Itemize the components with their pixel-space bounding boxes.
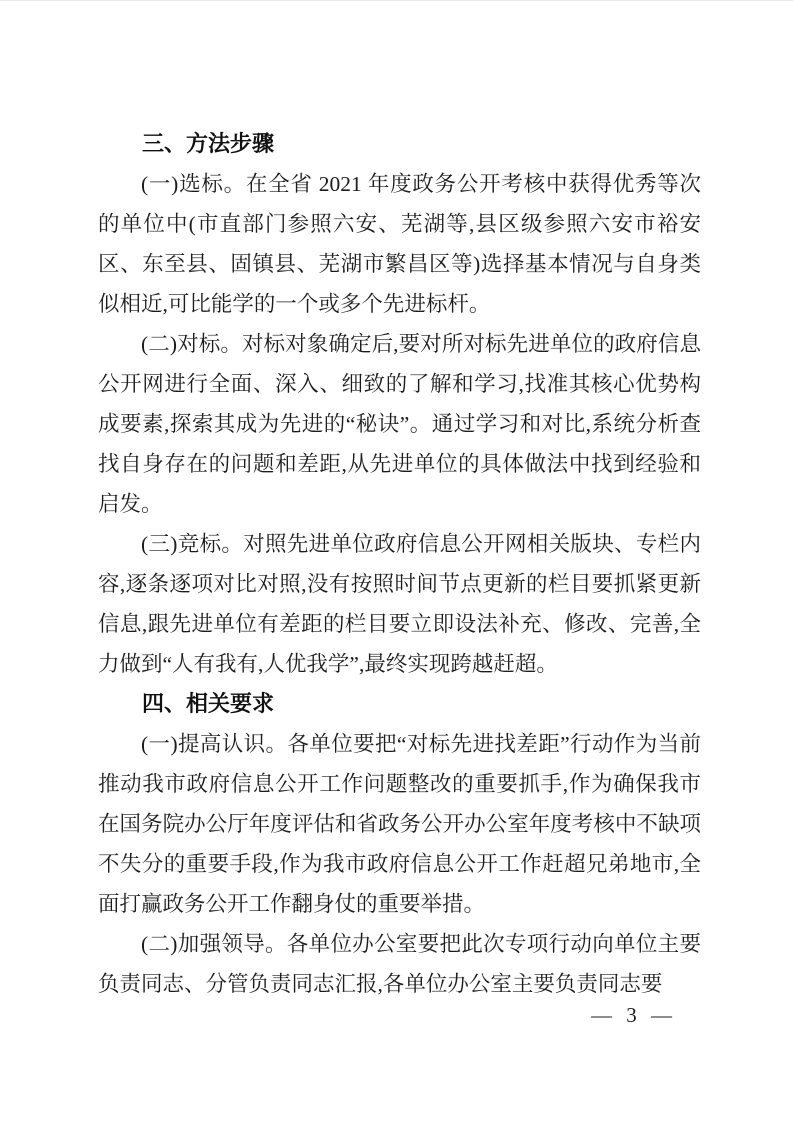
- document-body: 三、方法步骤 (一)选标。在全省 2021 年度政务公开考核中获得优秀等次的单位…: [98, 124, 701, 1004]
- document-page: 三、方法步骤 (一)选标。在全省 2021 年度政务公开考核中获得优秀等次的单位…: [0, 0, 793, 1122]
- paragraph-select-benchmark: (一)选标。在全省 2021 年度政务公开考核中获得优秀等次的单位中(市直部门参…: [98, 164, 701, 324]
- paragraph-strengthen-leadership: (二)加强领导。各单位办公室要把此次专项行动向单位主要负责同志、分管负责同志汇报…: [98, 924, 701, 1004]
- section-heading-related-requirements: 四、相关要求: [98, 684, 701, 724]
- paragraph-compete-benchmark: (三)竞标。对照先进单位政府信息公开网相关版块、专栏内容,逐条逐项对比对照,没有…: [98, 524, 701, 684]
- paragraph-align-benchmark: (二)对标。对标对象确定后,要对所对标先进单位的政府信息公开网进行全面、深入、细…: [98, 324, 701, 524]
- paragraph-raise-awareness: (一)提高认识。各单位要把“对标先进找差距”行动作为当前推动我市政府信息公开工作…: [98, 724, 701, 924]
- scan-edge-line: [0, 0, 793, 1]
- page-footer: — 3 —: [98, 1000, 701, 1030]
- section-heading-method-steps: 三、方法步骤: [98, 124, 701, 164]
- page-number: — 3 —: [591, 1000, 673, 1030]
